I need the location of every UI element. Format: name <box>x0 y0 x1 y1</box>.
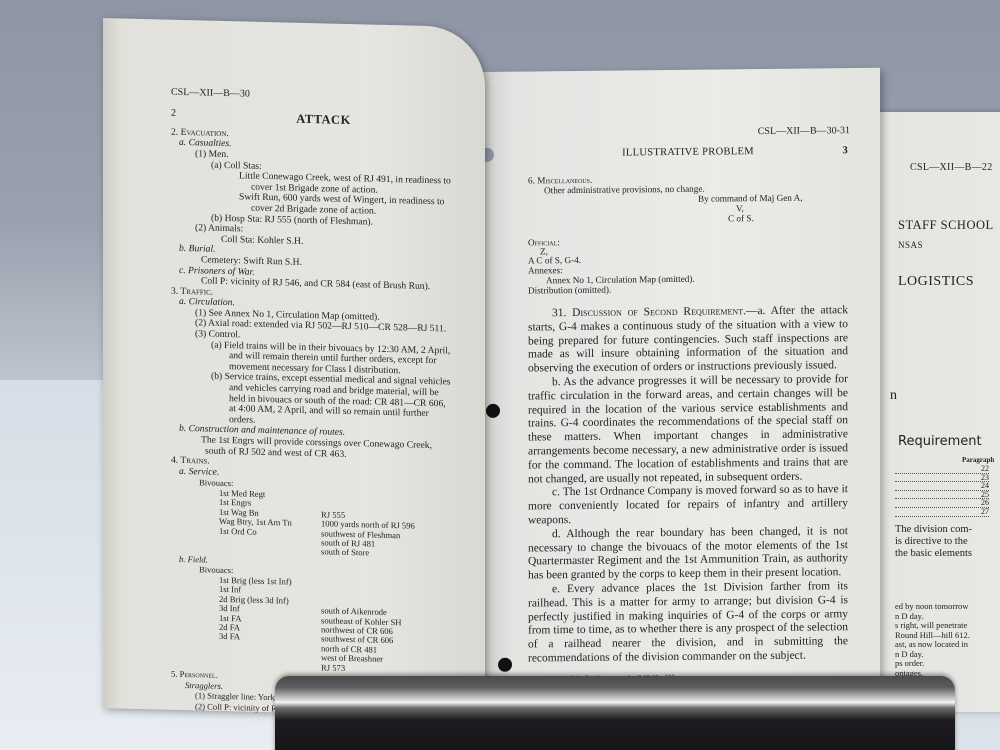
distribution: Distribution (omitted). <box>528 282 848 295</box>
metal-binder-bar <box>275 676 955 750</box>
index-row: 26 <box>895 499 989 508</box>
left-page: CSL—XII—B—30 2 ATTACK 2. Evacuation. a. … <box>103 18 485 717</box>
signature-cofs: C of S. <box>528 212 848 225</box>
index-row: 23 <box>895 474 989 483</box>
school-subtitle: NSAS <box>898 240 923 250</box>
index-row: 22 <box>895 465 989 474</box>
left-page-header: CSL—XII—B—30 <box>171 88 476 106</box>
paragraph-b: b. As the advance progresses it will be … <box>528 373 848 487</box>
school-title: STAFF SCHOOL <box>898 218 994 233</box>
paragraph-index: 22 23 24 25 26 27 <box>895 465 989 517</box>
right-page-title: ILLUSTRATIVE PROBLEM 3 <box>528 146 848 159</box>
right-page: CSL—XII—B—30-31 ILLUSTRATIVE PROBLEM 3 6… <box>480 68 880 682</box>
right-page-header: CSL—XII—B—30-31 <box>528 126 850 139</box>
discussion-section: 31. Discussion of Second Requirement.—a.… <box>528 304 848 666</box>
back-booklet-page: CSL—XII—B—22 STAFF SCHOOL NSAS LOGISTICS… <box>860 112 1000 712</box>
heading-fragment: n <box>890 388 897 404</box>
paragraph-column-label: Paragraph <box>962 456 994 464</box>
index-row: 24 <box>895 482 989 491</box>
service-bivouacs-table: 1st Med Regt 1st Engrs 1st Wag BnRJ 555 … <box>171 488 476 561</box>
back-page-orders: ed by noon tomorrow n D day. s right, wi… <box>895 602 1000 678</box>
back-page-header: CSL—XII—B—22 <box>910 162 993 173</box>
paragraph-e: e. Every advance places the 1st Division… <box>528 580 848 666</box>
index-row: 25 <box>895 491 989 500</box>
paragraph-c: c. The 1st Ordnance Company is moved for… <box>528 484 848 529</box>
paragraph-a: 31. Discussion of Second Requirement.—a.… <box>528 304 848 376</box>
page-number: 3 <box>842 146 848 156</box>
binding-hole <box>498 658 512 672</box>
subject-title: LOGISTICS <box>898 274 974 290</box>
requirement-heading: Requirement <box>898 434 982 449</box>
back-page-body: The division com- is directive to the th… <box>895 524 1000 560</box>
binding-hole <box>486 404 500 418</box>
paragraph-d: d. Although the rear boundary has been c… <box>528 525 848 584</box>
page-title: ATTACK <box>171 111 476 129</box>
field-bivouacs-table: 1st Brig (less 1st Inf) 1st Inf 2d Brig … <box>171 575 476 677</box>
index-row: 27 <box>895 508 989 517</box>
